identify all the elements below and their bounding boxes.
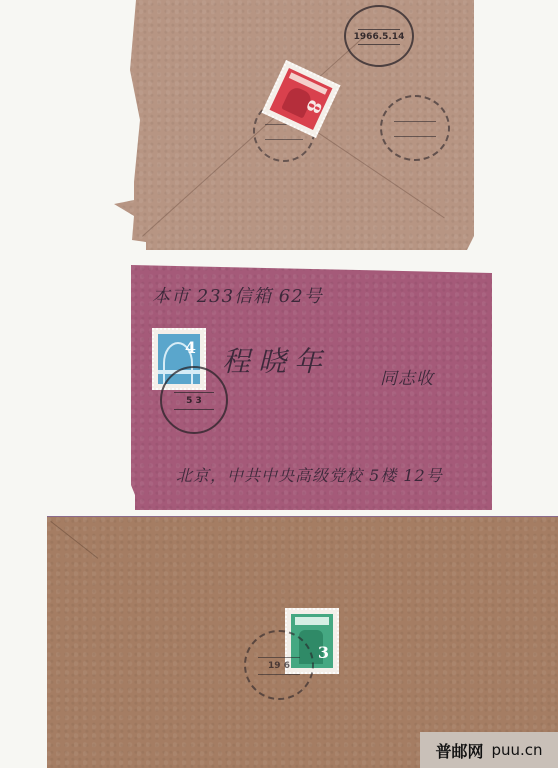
stamp-denomination: 8 [302, 96, 326, 116]
postmark-top-1: 1966.5.14 [344, 5, 414, 67]
stamp-denomination: 3 [318, 643, 329, 662]
watermark: 普邮网 puu.cn [420, 732, 558, 768]
stamp-denomination: 4 [185, 338, 196, 357]
stamp-design: 8 [270, 68, 333, 130]
envelope-corner-fold [50, 521, 98, 559]
postmark-top-2 [380, 95, 450, 161]
recipient-name: 程晓年 [222, 340, 330, 380]
postmark-bottom: 19 6 [244, 630, 314, 700]
postmark-middle: 5 3 [160, 366, 228, 434]
address-line-1: 本市 233信箱 62号 [152, 282, 323, 308]
sender-address: 北京，中共中央高级党校 5楼 12号 [176, 463, 443, 486]
watermark-url: puu.cn [491, 741, 542, 759]
watermark-site-name: 普邮网 [435, 739, 483, 762]
recipient-honorific: 同志收 [380, 364, 434, 389]
